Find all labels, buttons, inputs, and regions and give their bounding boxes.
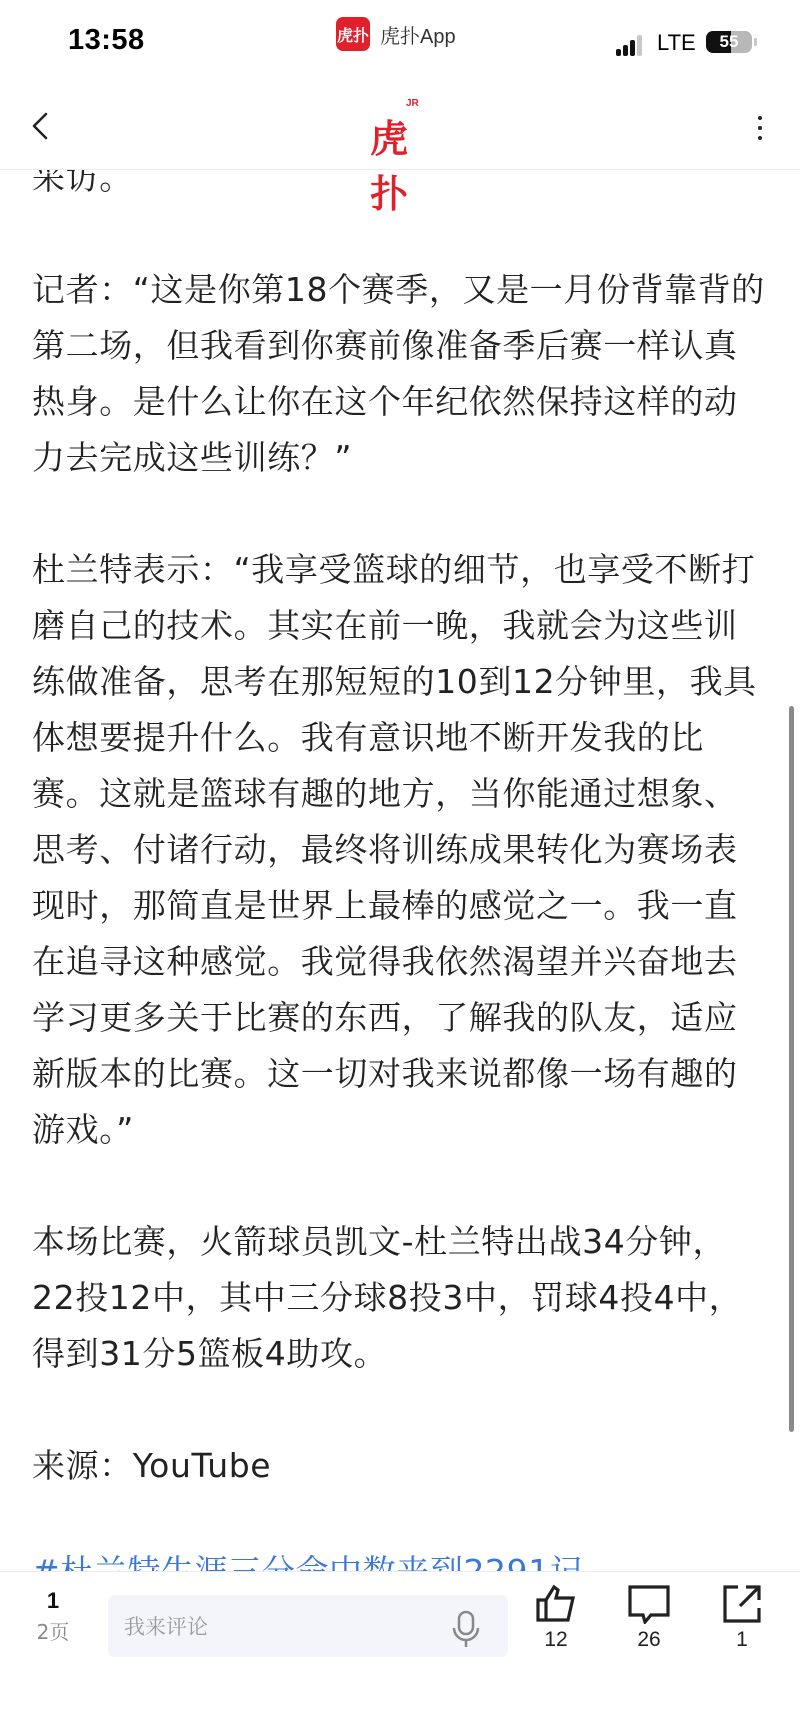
comment-placeholder: 我来评论 [124,1611,208,1641]
back-button[interactable] [22,106,62,146]
share-button[interactable]: 1 [712,1584,772,1652]
paragraph: 记者：“这是你第18个赛季，又是一月份背靠背的第二场，但我看到你赛前像准备季后赛… [32,262,767,486]
bottom-bar: 1 2页 我来评论 12 26 1 [0,1571,800,1731]
source-line: 来源：YouTube [32,1438,767,1494]
status-time: 13:58 [68,24,145,57]
share-icon [722,1584,762,1624]
comment-icon [627,1584,671,1624]
article-body: 采访。 记者：“这是你第18个赛季，又是一月份背靠背的第二场，但我看到你赛前像准… [32,150,767,1656]
app-indicator[interactable]: 虎扑 虎扑App [336,17,456,51]
status-bar: 13:58 虎扑 虎扑App LTE 55 [0,0,800,86]
chevron-left-icon [22,106,62,146]
share-count: 1 [712,1628,772,1652]
app-name: 虎扑App [380,20,456,49]
thumbs-up-icon [535,1584,577,1624]
microphone-icon[interactable] [448,1609,484,1649]
comment-input[interactable]: 我来评论 [108,1595,508,1657]
hupu-logo: JR 虎扑 [370,98,430,154]
like-count: 12 [526,1628,586,1652]
logo-text: 虎扑 [370,108,430,218]
paragraph: 杜兰特表示：“我享受篮球的细节，也享受不断打磨自己的技术。其实在前一晚，我就会为… [32,542,767,1158]
paragraph: 本场比赛，火箭球员凯文-杜兰特出战34分钟，22投12中，其中三分球8投3中，罚… [32,1214,767,1382]
more-button[interactable] [750,108,770,148]
page-current: 1 [34,1588,72,1614]
more-vertical-icon [758,116,762,120]
comment-count: 26 [619,1628,679,1652]
network-type: LTE [657,30,696,56]
page-total: 2页 [34,1618,72,1646]
like-button[interactable]: 12 [526,1584,586,1652]
nav-header: JR 虎扑 [0,86,800,170]
battery-tip [754,38,757,46]
app-badge-icon: 虎扑 [336,17,370,51]
battery-icon: 55 [706,31,752,53]
comment-button[interactable]: 26 [619,1584,679,1652]
scrollbar[interactable] [789,706,794,1432]
page-indicator[interactable]: 1 2页 [34,1588,72,1646]
signal-icon [616,34,646,56]
